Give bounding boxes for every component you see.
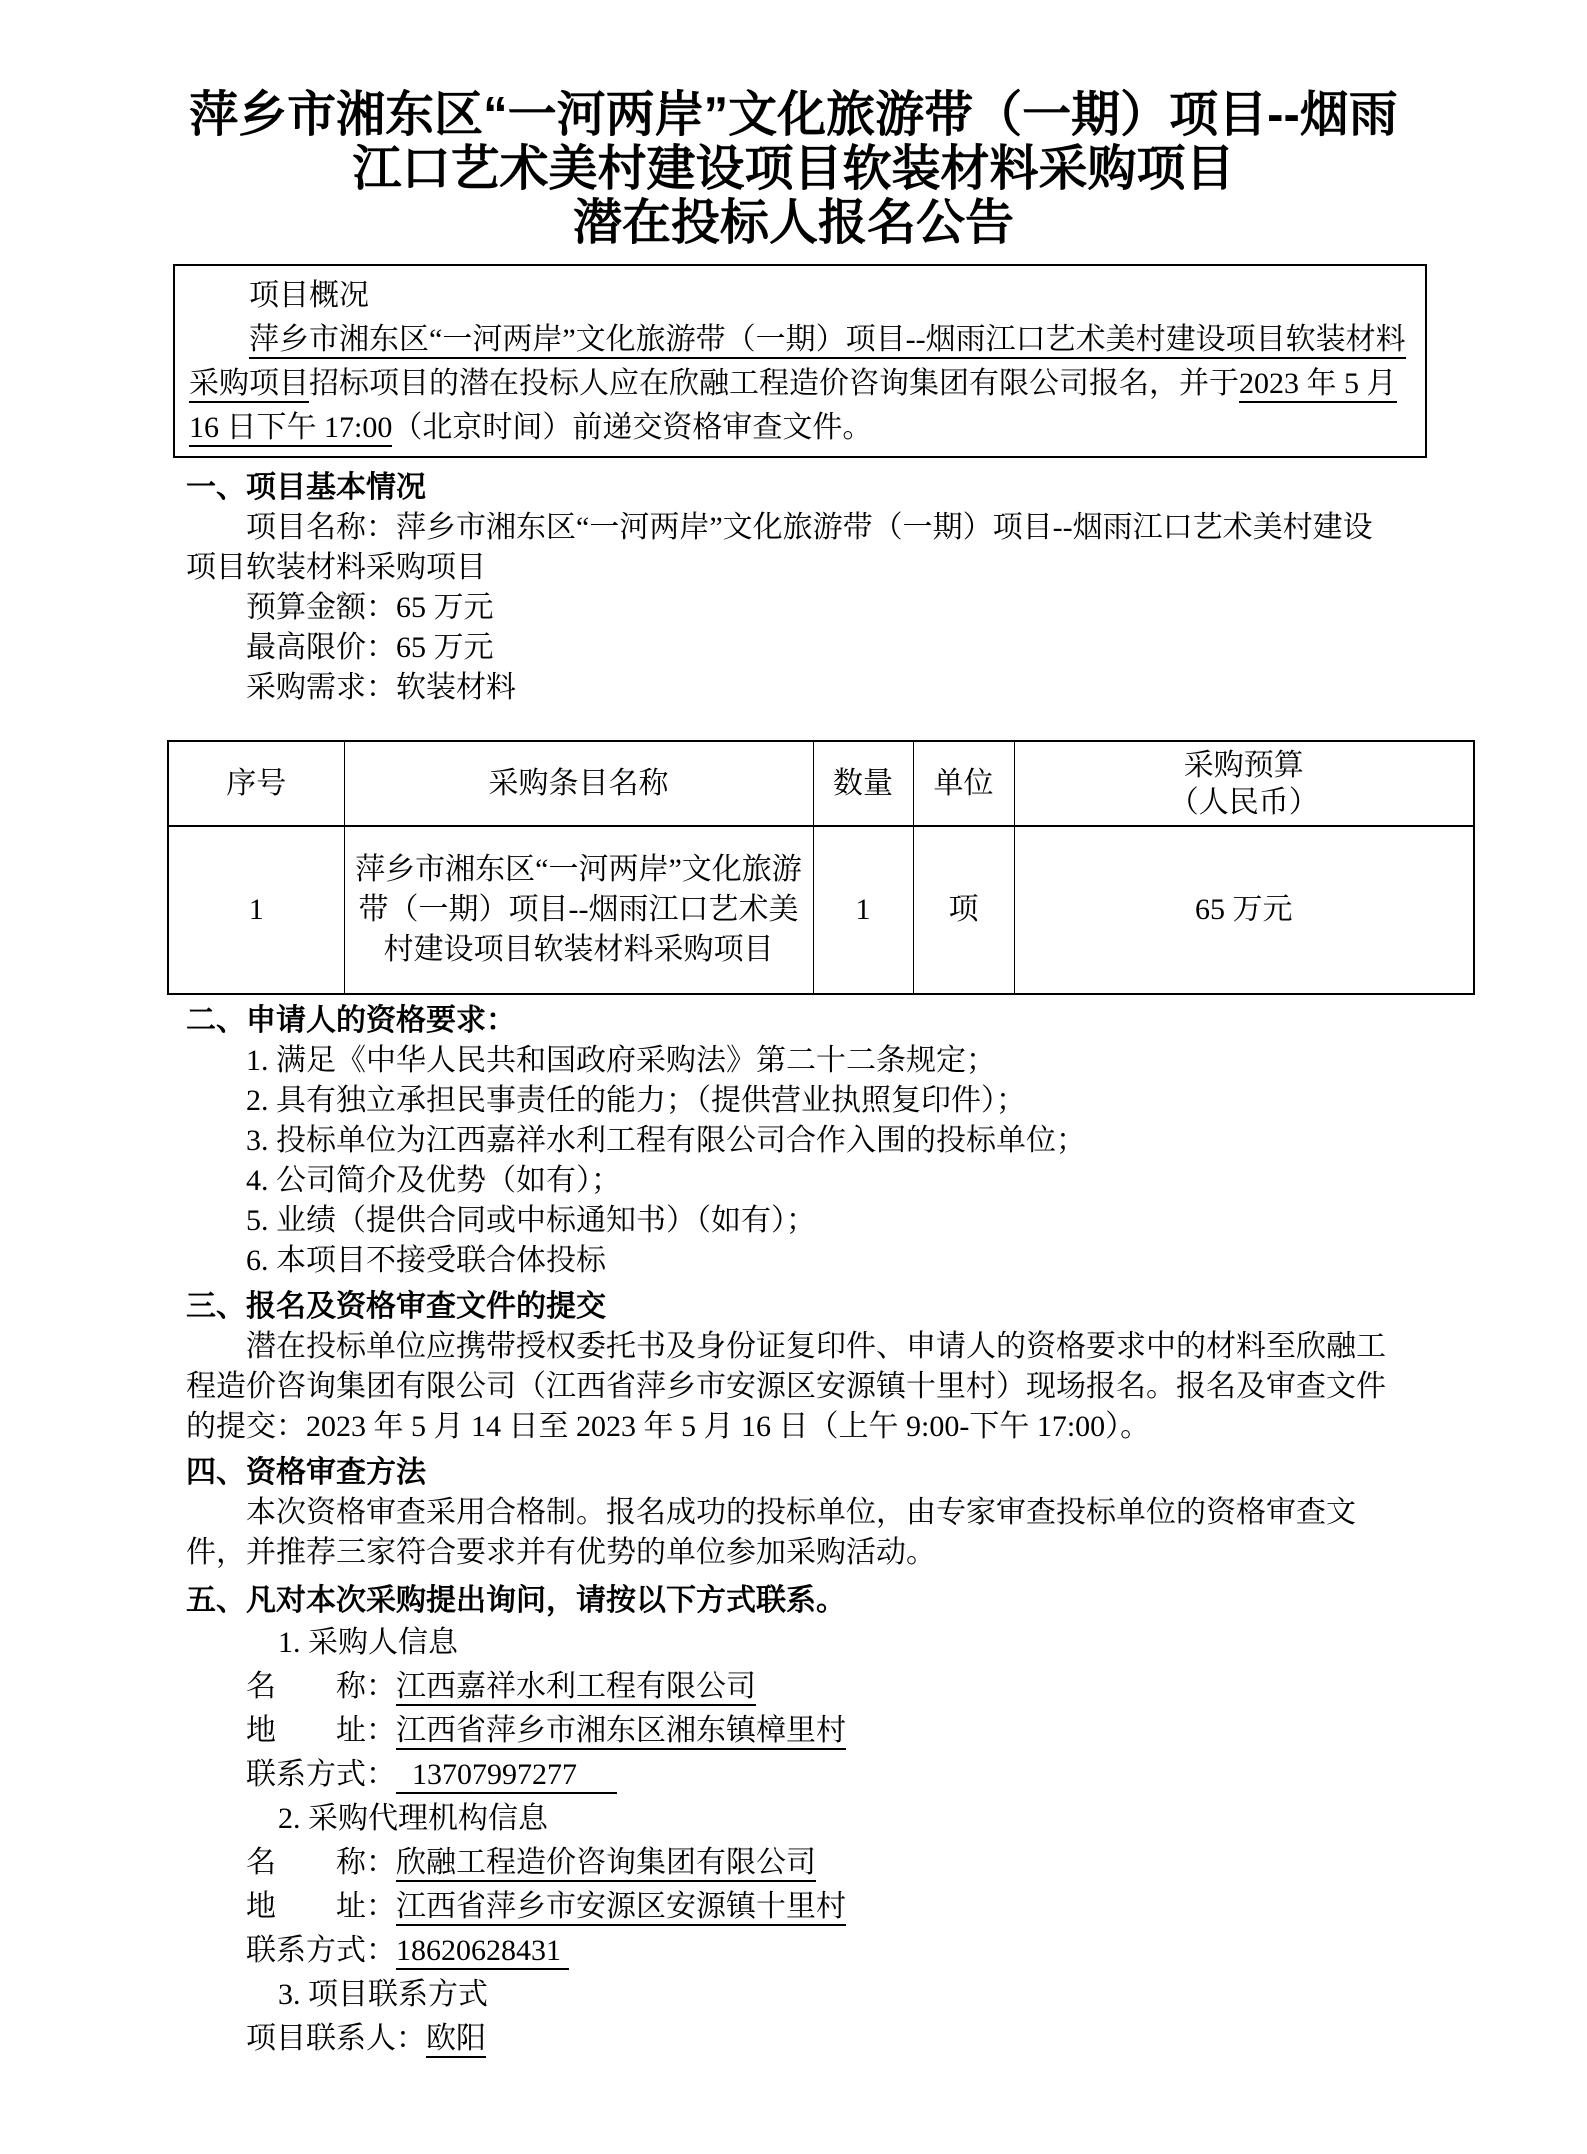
project-contact-title: 3. 项目联系方式 (186, 1973, 1492, 2017)
demand-line: 采购需求：软装材料 (186, 668, 1460, 708)
buyer-name-line: 名 称：江西嘉祥水利工程有限公司 (186, 1665, 1460, 1709)
buyer-addr-value: 江西省萍乡市湘东区湘东镇樟里村 (396, 1714, 846, 1750)
agent-name-line: 名 称：欣融工程造价咨询集团有限公司 (186, 1841, 1460, 1885)
table-data-row: 1 萍乡市湘东区“一河两岸”文化旅游带（一期）项目--烟雨江口艺术美村建设项目软… (168, 826, 1474, 994)
agent-addr-label: 地 址： (246, 1890, 396, 1923)
agent-addr-value: 江西省萍乡市安源区安源镇十里村 (396, 1890, 846, 1926)
header-budget-line2: （人民币） (1021, 784, 1468, 821)
cell-name: 萍乡市湘东区“一河两岸”文化旅游带（一期）项目--烟雨江口艺术美村建设项目软装材… (344, 826, 813, 994)
project-name-line: 项目名称：萍乡市湘东区“一河两岸”文化旅游带（一期）项目--烟雨江口艺术美村建设… (186, 508, 1400, 588)
section1-heading: 一、项目基本情况 (186, 468, 1446, 508)
header-name: 采购条目名称 (344, 741, 813, 826)
qualification-item-3: 3. 投标单位为江西嘉祥水利工程有限公司合作入围的投标单位； (186, 1121, 1460, 1161)
section3-heading: 三、报名及资格审查文件的提交 (186, 1287, 1446, 1327)
title-line-1: 萍乡市湘东区“一河两岸”文化旅游带（一期）项目--烟雨 (40, 88, 1547, 142)
overview-heading: 项目概况 (189, 274, 1411, 318)
buyer-tel-label: 联系方式： (246, 1758, 396, 1791)
overview-paragraph: 萍乡市湘东区“一河两岸”文化旅游带（一期）项目--烟雨江口艺术美村建设项目软装材… (189, 318, 1411, 450)
buyer-tel-value: 13707997277 (396, 1758, 617, 1794)
agent-name-value: 欣融工程造价咨询集团有限公司 (396, 1846, 816, 1882)
cell-budget: 65 万元 (1014, 826, 1474, 994)
cell-unit: 项 (913, 826, 1014, 994)
project-contact-name: 欧阳 (426, 2022, 486, 2058)
buyer-name-label: 名 称： (246, 1670, 396, 1703)
qualification-item-5: 5. 业绩（提供合同或中标通知书）（如有）； (186, 1201, 1460, 1241)
buyer-tel-line: 联系方式：13707997277 (186, 1753, 1460, 1797)
header-qty: 数量 (813, 741, 913, 826)
project-contact-label: 项目联系人： (246, 2022, 426, 2055)
header-budget: 采购预算 （人民币） (1014, 741, 1474, 826)
agent-info-title: 2. 采购代理机构信息 (186, 1797, 1492, 1841)
budget-line: 预算金额：65 万元 (186, 588, 1460, 628)
project-overview-box: 项目概况 萍乡市湘东区“一河两岸”文化旅游带（一期）项目--烟雨江口艺术美村建设… (173, 264, 1427, 458)
section4-heading: 四、资格审查方法 (186, 1453, 1446, 1493)
document-title: 萍乡市湘东区“一河两岸”文化旅游带（一期）项目--烟雨 江口艺术美村建设项目软装… (40, 88, 1547, 250)
overview-plain-2: （北京时间）前递交资格审查文件。 (392, 411, 872, 444)
section3-paragraph: 潜在投标单位应携带授权委托书及身份证复印件、申请人的资格要求中的材料至欣融工程造… (186, 1327, 1400, 1447)
contact-block: 1. 采购人信息 名 称：江西嘉祥水利工程有限公司 地 址：江西省萍乡市湘东区湘… (0, 1621, 1587, 2061)
buyer-info-title: 1. 采购人信息 (186, 1621, 1492, 1665)
overview-plain-1: 招标项目的潜在投标人应在欣融工程造价咨询集团有限公司报名，并于 (309, 367, 1239, 400)
cell-qty: 1 (813, 826, 913, 994)
header-no: 序号 (168, 741, 344, 826)
cell-no: 1 (168, 826, 344, 994)
section5-heading: 五、凡对本次采购提出询问，请按以下方式联系。 (186, 1581, 1446, 1621)
agent-tel-line: 联系方式：18620628431 (186, 1929, 1460, 1973)
buyer-addr-label: 地 址： (246, 1714, 396, 1747)
document-page: 萍乡市湘东区“一河两岸”文化旅游带（一期）项目--烟雨 江口艺术美村建设项目软装… (0, 0, 1587, 2154)
qualification-item-1: 1. 满足《中华人民共和国政府采购法》第二十二条规定； (186, 1041, 1460, 1081)
section2-heading: 二、申请人的资格要求： (186, 1001, 1446, 1041)
agent-addr-line: 地 址：江西省萍乡市安源区安源镇十里村 (186, 1885, 1460, 1929)
agent-tel-label: 联系方式： (246, 1934, 396, 1967)
procurement-table: 序号 采购条目名称 数量 单位 采购预算 （人民币） 1 萍乡市湘东区“一河两岸… (167, 740, 1475, 995)
qualification-item-4: 4. 公司简介及优势（如有）； (186, 1161, 1460, 1201)
project-contact-line: 项目联系人：欧阳 (186, 2017, 1460, 2061)
qualification-item-6: 6. 本项目不接受联合体投标 (186, 1241, 1460, 1281)
buyer-addr-line: 地 址：江西省萍乡市湘东区湘东镇樟里村 (186, 1709, 1460, 1753)
agent-tel-value: 18620628431 (396, 1934, 569, 1970)
header-budget-line1: 采购预算 (1021, 747, 1468, 784)
agent-name-label: 名 称： (246, 1846, 396, 1879)
table-header-row: 序号 采购条目名称 数量 单位 采购预算 （人民币） (168, 741, 1474, 826)
buyer-name-value: 江西嘉祥水利工程有限公司 (396, 1670, 756, 1706)
title-line-2: 江口艺术美村建设项目软装材料采购项目 (40, 142, 1547, 196)
section4-paragraph: 本次资格审查采用合格制。报名成功的投标单位，由专家审查投标单位的资格审查文件，并… (186, 1493, 1400, 1573)
header-unit: 单位 (913, 741, 1014, 826)
title-line-3: 潜在投标人报名公告 (40, 196, 1547, 250)
price-limit-line: 最高限价：65 万元 (186, 628, 1460, 668)
qualification-item-2: 2. 具有独立承担民事责任的能力；（提供营业执照复印件）； (186, 1081, 1460, 1121)
